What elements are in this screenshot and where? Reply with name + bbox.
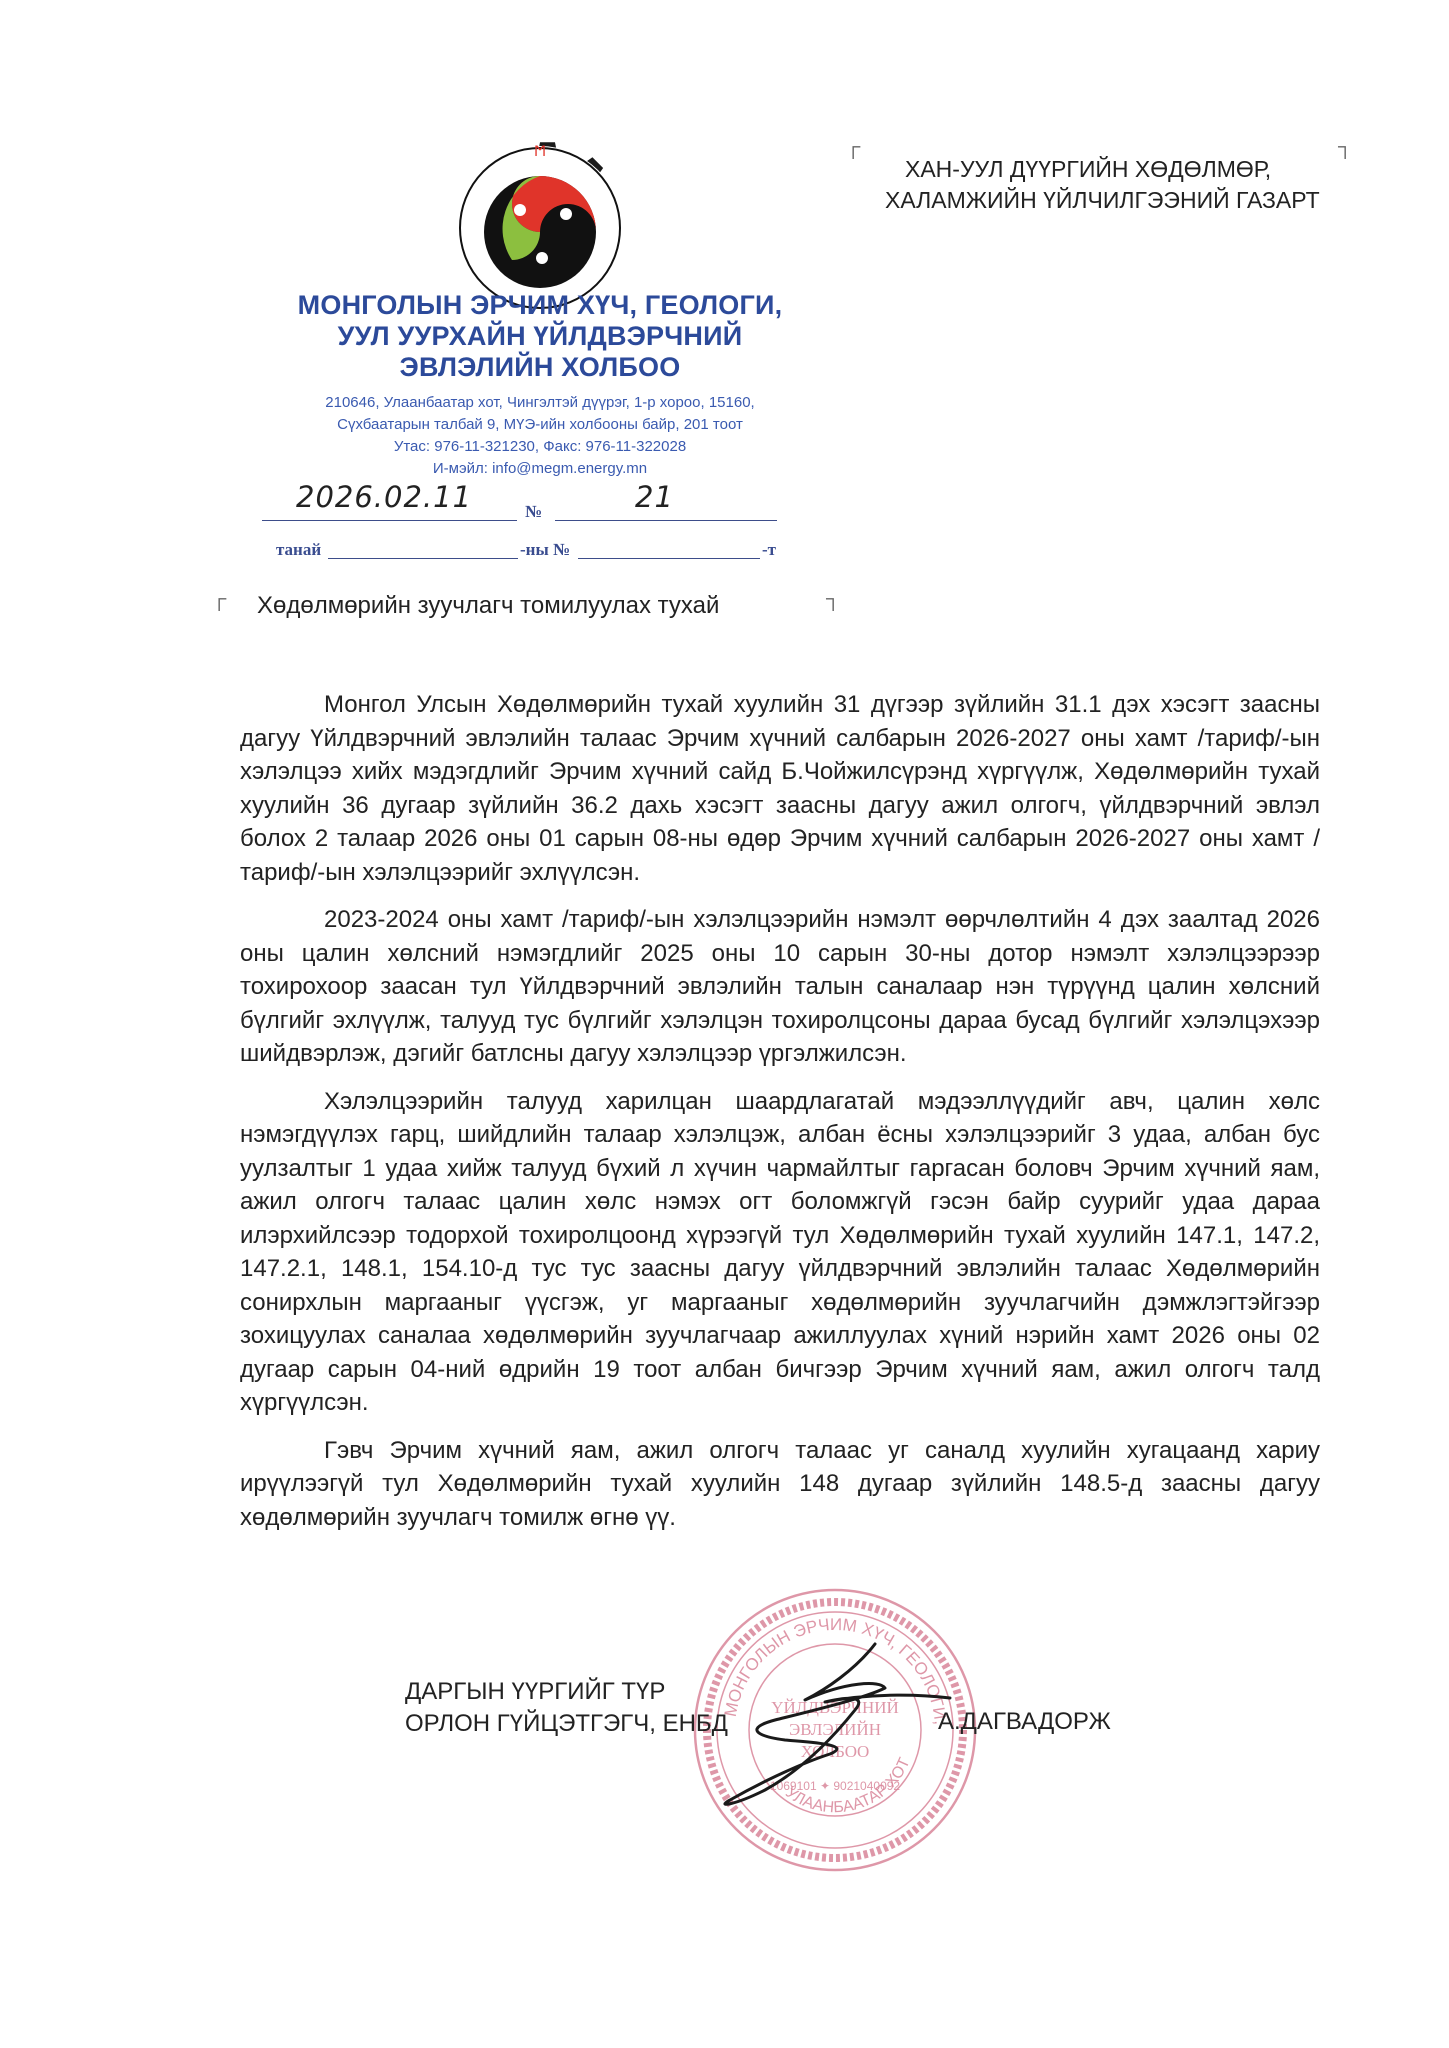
organization-contact: 210646, Улаанбаатар хот, Чингэлтэй дүүрэ… [240,392,840,480]
body-paragraph: 2023-2024 оны хамт /тариф/-ын хэлэлцээри… [240,903,1320,1071]
addressee: ХАН-УУЛ ДҮҮРГИЙН ХӨДӨЛМӨР, ХАЛАМЖИЙН ҮЙЛ… [905,154,1405,216]
address-line: Сүхбаатарын талбай 9, МҮЭ-ийн холбооны б… [240,414,840,436]
date-field: 2026.02.11 [262,486,517,521]
your-no-label: -ны № [520,540,570,560]
your-date-blank [328,558,518,559]
signatory-title-line: ДАРГЫН ҮҮРГИЙГ ТҮР [405,1676,728,1708]
phone-fax-line: Утас: 976-11-321230, Факс: 976-11-322028 [240,436,840,458]
your-ref-label: танай [276,540,321,560]
subject-bracket-right-icon: ┐ [826,588,840,611]
signatory-name: А.ДАГВАДОРЖ [938,1708,1111,1736]
letter-body: Монгол Улсын Хөдөлмөрийн тухай хуулийн 3… [240,688,1320,1548]
addressee-line: ХАН-УУЛ ДҮҮРГИЙН ХӨДӨЛМӨР, [905,154,1405,185]
org-name-line: МОНГОЛЫН ЭРЧИМ ХҮЧ, ГЕОЛОГИ, [240,290,840,321]
suffix-label: -т [762,540,776,560]
org-name-line: ЭВЛЭЛИЙН ХОЛБОО [240,352,840,383]
body-paragraph: Монгол Улсын Хөдөлмөрийн тухай хуулийн 3… [240,688,1320,889]
svg-text:Ϻ: Ϻ [534,144,546,160]
date-value: 2026.02.11 [296,480,472,514]
number-value: 21 [635,480,674,514]
subject-bracket-left-icon: ┌ [212,588,226,611]
address-line: 210646, Улаанбаатар хот, Чингэлтэй дүүрэ… [240,392,840,414]
your-no-blank [578,558,760,559]
addressee-line: ХАЛАМЖИЙН ҮЙЛЧИЛГЭЭНИЙ ГАЗАРТ [885,185,1405,216]
number-label: № [525,502,542,522]
organization-name: МОНГОЛЫН ЭРЧИМ ХҮЧ, ГЕОЛОГИ, УУЛ УУРХАЙН… [240,290,840,383]
number-field: 21 [555,486,777,521]
org-name-line: УУЛ УУРХАЙН ҮЙЛДВЭРЧНИЙ [240,321,840,352]
body-paragraph: Хэлэлцээрийн талууд харилцан шаардлагата… [240,1085,1320,1420]
bracket-left-icon: ┌ [846,136,860,159]
email-line: И-мэйл: info@megm.energy.mn [240,458,840,480]
letter-subject: Хөдөлмөрийн зуучлагч томилуулах тухай [257,592,719,620]
signatory-title: ДАРГЫН ҮҮРГИЙГ ТҮР ОРЛОН ГҮЙЦЭТГЭГЧ, ЕНБ… [405,1676,728,1740]
body-paragraph: Гэвч Эрчим хүчний яам, ажил олгогч талаа… [240,1434,1320,1535]
handwritten-signature-icon [705,1640,955,1810]
signatory-title-line: ОРЛОН ГҮЙЦЭТГЭГЧ, ЕНБД [405,1708,728,1740]
